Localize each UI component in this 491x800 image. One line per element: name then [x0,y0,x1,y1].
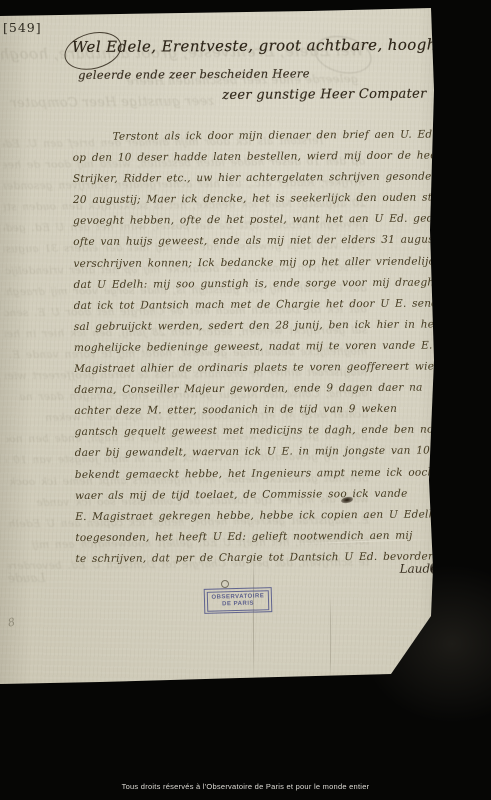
handwritten-line: ofte van huijs geweest, ende als mij nie… [73,230,435,254]
handwritten-line: bekendt gemaeckt hebbe, het Ingenieurs a… [75,462,437,486]
archive-stamp: OBSERVATOIRE DE PARIS [204,587,273,614]
ink-dot [221,580,229,588]
handwritten-line: Strijker, Ridder etc., uw hier achtergel… [73,167,435,191]
handwritten-line: dat ick tot Dantsich mach met de Chargie… [74,293,436,317]
handwritten-line: op den 10 deser hadde laten bestellen, w… [73,146,435,170]
handwritten-line: daer bij gewandelt, waervan ick U E. in … [75,441,437,465]
fold-crease-vertical [330,594,331,678]
handwritten-line: E. Magistraet gekregen hebbe, hebbe ick … [75,504,437,528]
page-number-annotation: [549] [3,20,42,35]
handwritten-line: dat U Edelh: mij soo gunstigh is, ende s… [74,272,436,296]
salutation-line: zeer gunstige Heer Compater [222,87,426,103]
archive-stamp-frame: OBSERVATOIRE DE PARIS [206,590,269,612]
handwritten-line: 20 augustij; Maer ick dencke, het is see… [73,188,435,212]
handwritten-line: te schrijven, dat per de Chargie tot Dan… [75,546,437,570]
salutation-line: geleerde ende zeer bescheiden Heere [78,66,310,82]
handwritten-line: daerna, Conseiller Majeur geworden, ende… [74,378,436,402]
manuscript-page: Wel Edele, Erentveste, groot achtbare, h… [0,0,441,690]
salutation-line: Wel Edele, Erentveste, groot achtbare, h… [72,35,442,56]
copyright-footer: Tous droits réservés à l'Observatoire de… [0,774,491,800]
handwritten-line: Magistraet alhier de ordinaris plaets te… [74,357,436,381]
handwritten-line: sal gebruijckt werden, sedert den 28 jun… [74,314,436,338]
handwritten-line: moghelijcke bedieninge geweest, nadat mi… [74,335,436,359]
handwritten-line: Terstont als ick door mijn dienaer den b… [72,125,434,149]
handwritten-line: gantsch gequelt geweest met medicijns te… [75,420,437,444]
stamp-line-2: DE PARIS [212,600,265,609]
handwritten-line: verschrijven konnen; Ick bedancke mij op… [73,251,435,275]
copyright-caption: Tous droits réservés à l'Observatoire de… [122,782,370,791]
handwritten-line: toegesonden, het heeft U Ed: gelieft noo… [75,525,437,549]
scan-photo: Wel Edele, Erentveste, groot achtbare, h… [0,0,491,800]
handwritten-line: achter deze M. etter, soodanich in de ti… [74,399,436,423]
handwritten-line: waer als mij de tijd toelaet, de Commiss… [75,483,437,507]
fold-crease-vertical [253,556,254,678]
letter-body: Terstont als ick door mijn dienaer den b… [72,125,437,570]
handwritten-line: gevoeght hebben, ofte de het postel, wan… [73,209,435,233]
